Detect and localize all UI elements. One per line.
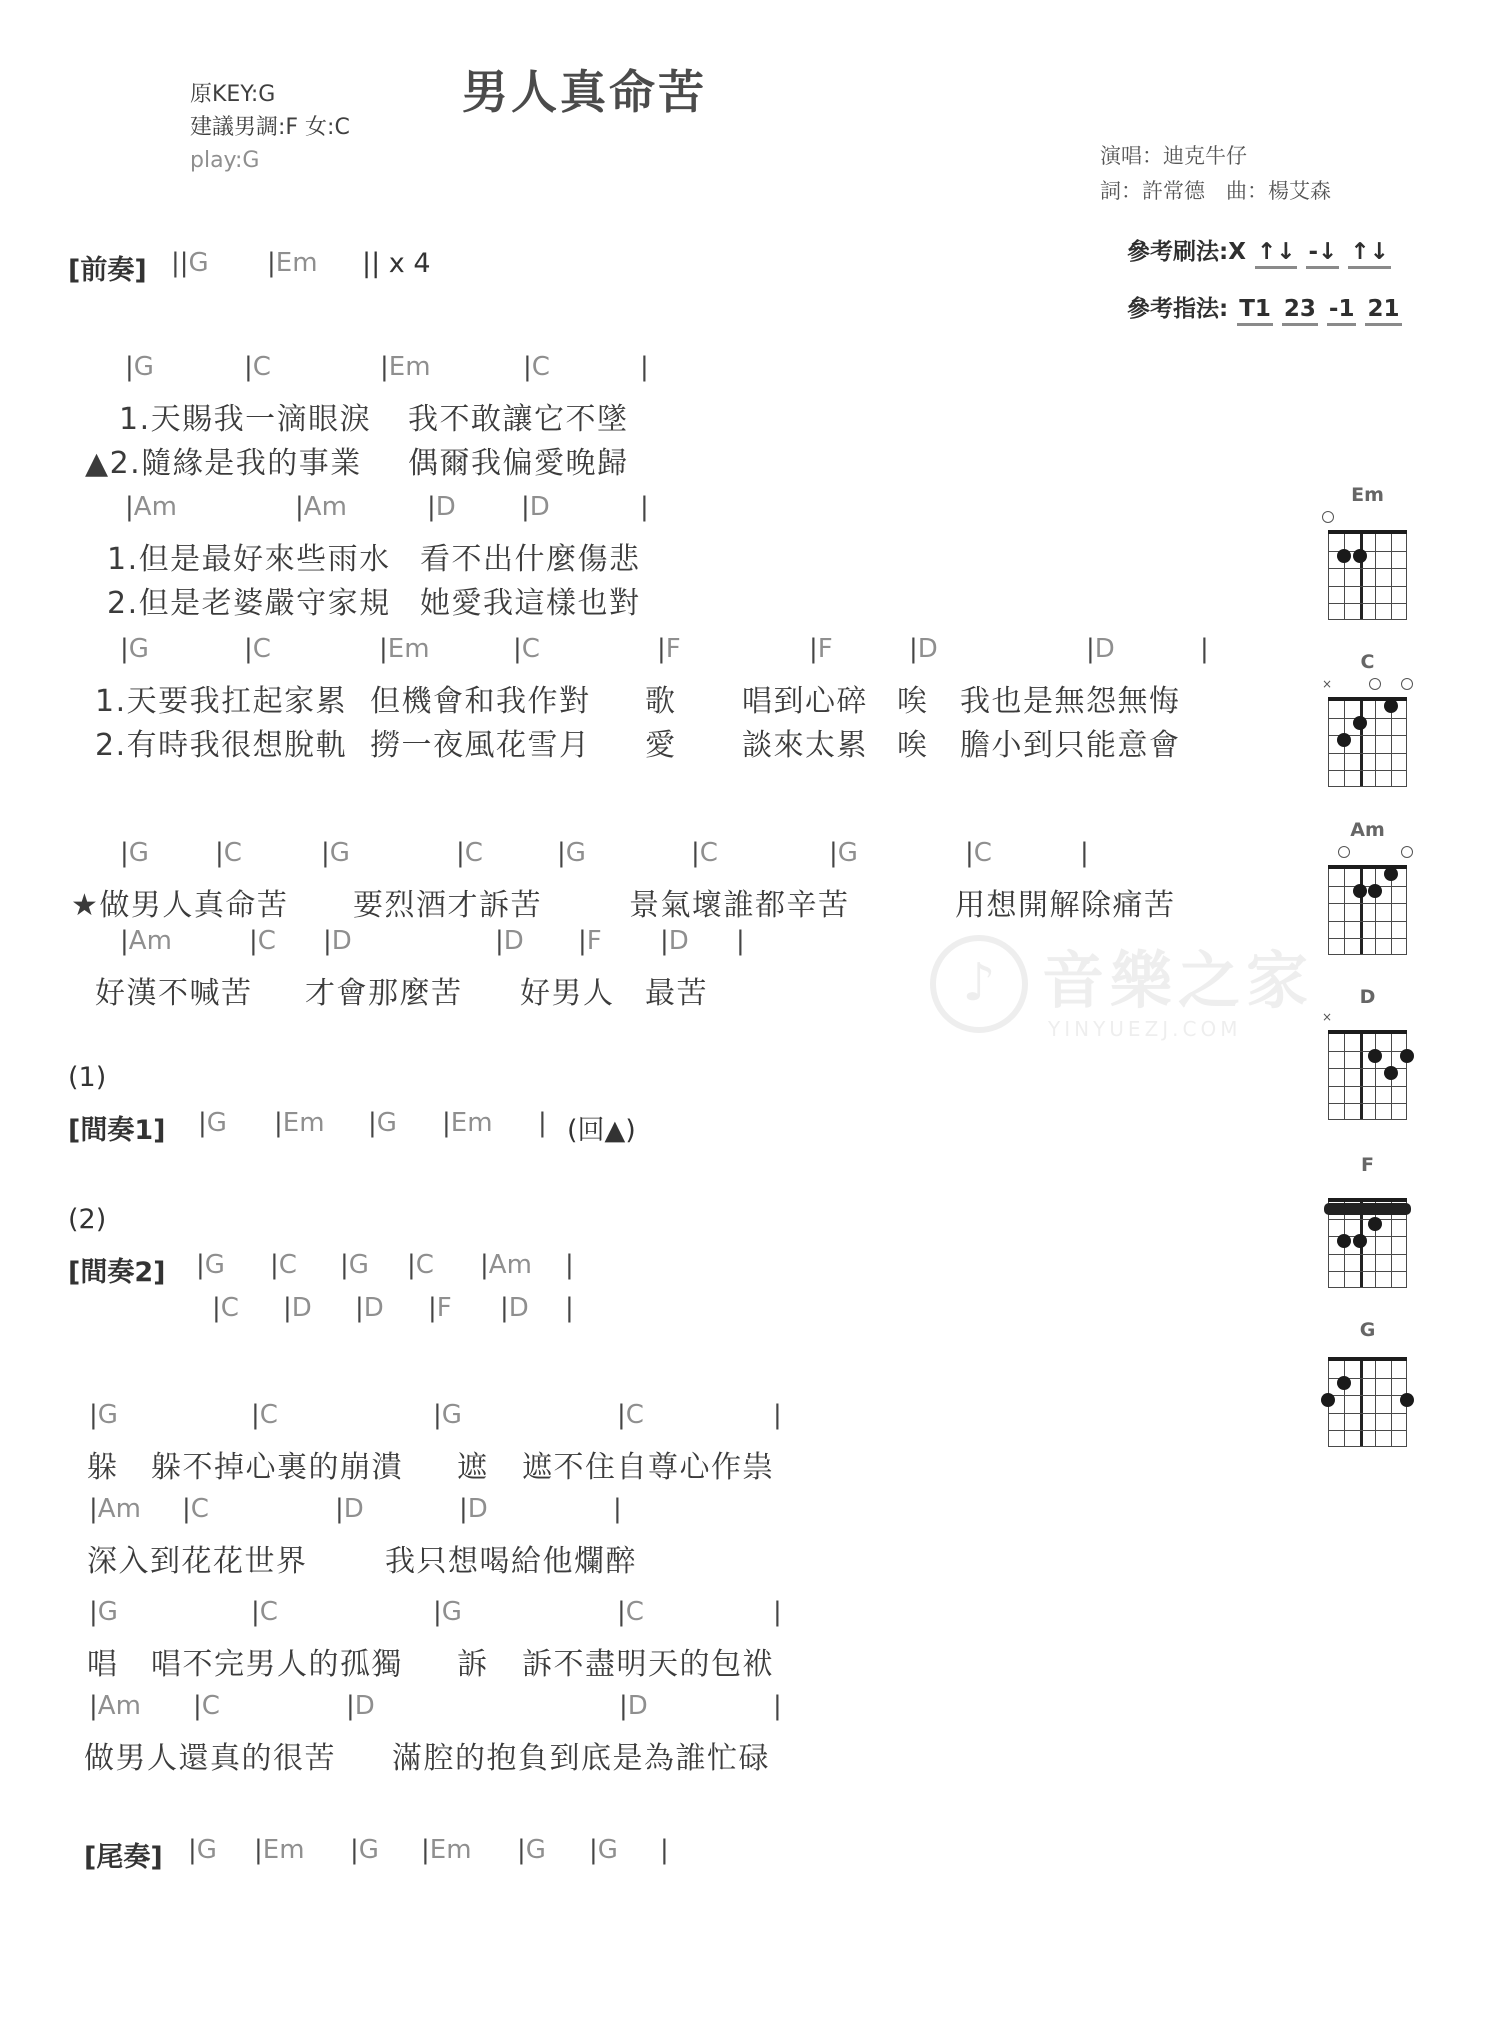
- string-line: [1391, 1202, 1392, 1288]
- chord: |D: [619, 1691, 648, 1721]
- sheet-line: 做男人還真的很苦滿腔的抱負到底是為誰忙碌: [0, 1733, 1500, 1775]
- lyric-phrase: 但機會和我作對: [370, 676, 591, 720]
- string-line: [1344, 534, 1345, 620]
- chord: |C: [523, 352, 550, 382]
- chord: |G: [368, 1108, 397, 1138]
- muted-string-marker: ×: [1322, 1011, 1332, 1023]
- sheet-line: |Am|C|D|D|F|D|: [0, 926, 1500, 968]
- chord: |Am: [480, 1250, 532, 1280]
- string-line: [1360, 701, 1363, 787]
- lyric-phrase: 歌: [645, 676, 677, 720]
- chord: |C: [215, 838, 242, 868]
- chord: |C: [212, 1293, 239, 1323]
- lyric-phrase: 我不敢讓它不墜: [408, 394, 629, 438]
- lyric-phrase: 看不出什麼傷悲: [420, 534, 641, 578]
- lyric-phrase: 撈一夜風花雪月: [370, 720, 591, 764]
- string-line: [1375, 869, 1376, 955]
- chord: |F: [809, 634, 833, 664]
- sheet-line: [間奏2]|G|C|G|C|Am|: [0, 1250, 1500, 1292]
- string-line: [1406, 1034, 1407, 1120]
- fret-line: [1328, 1395, 1407, 1396]
- chord: |C: [251, 1400, 278, 1430]
- chord: |D: [355, 1293, 384, 1323]
- singer-credit: 演唱：迪克牛仔: [1100, 140, 1247, 170]
- string-line: [1328, 869, 1329, 955]
- chord: |Em: [380, 352, 431, 382]
- sheet-line: 唱唱不完男人的孤獨訴訴不盡明天的包袱: [0, 1639, 1500, 1681]
- finger-dot: [1384, 867, 1398, 881]
- open-string-marker: [1401, 846, 1413, 858]
- chord: |G: [340, 1250, 369, 1280]
- fret-line: [1328, 568, 1407, 569]
- chord: |Em: [442, 1108, 493, 1138]
- sheet-line: [間奏1]|G|Em|G|Em|(回▲): [0, 1108, 1500, 1150]
- sheet-line: (2): [0, 1204, 1500, 1246]
- fret-line: [1328, 1254, 1407, 1255]
- chord: |Am: [125, 492, 177, 522]
- muted-string-marker: ×: [1322, 678, 1332, 690]
- string-line: [1328, 1202, 1329, 1288]
- chord: |C: [965, 838, 992, 868]
- section-label: (回▲): [567, 1108, 636, 1147]
- open-string-marker: [1322, 511, 1334, 523]
- sheet-line: [前奏]||G|Em|| x 4: [0, 248, 1500, 290]
- chord-diagram-name: Em: [1328, 484, 1407, 506]
- chord: |D: [427, 492, 456, 522]
- chord: |D: [495, 926, 524, 956]
- chord: |: [773, 1400, 782, 1430]
- sheet-line: 1.但是最好來些雨水看不出什麼傷悲: [0, 534, 1500, 576]
- section-label: [間奏2]: [68, 1250, 165, 1289]
- lyric-phrase: 唱不完男人的孤獨: [151, 1639, 403, 1683]
- chord: |Am: [89, 1691, 141, 1721]
- string-line: [1406, 701, 1407, 787]
- lyric-phrase: 膽小到只能意會: [960, 720, 1181, 764]
- lyric-phrase: 好男人: [520, 968, 615, 1012]
- string-line: [1360, 1361, 1363, 1447]
- chord: |G: [188, 1835, 217, 1865]
- finger-dot: [1353, 1234, 1367, 1248]
- section-label: (1): [68, 1062, 106, 1093]
- lyric-phrase: 景氣壞誰都辛苦: [629, 880, 850, 924]
- fret-line: [1328, 603, 1407, 604]
- chord: |G: [198, 1108, 227, 1138]
- sheet-line: [尾奏]|G|Em|G|Em|G|G|: [0, 1835, 1500, 1877]
- chord-diagram-name: D: [1328, 986, 1407, 1008]
- page-title: 男人真命苦: [462, 56, 707, 122]
- watermark-subtext: YINYUEZJ.COM: [1048, 1017, 1242, 1041]
- sheet-line: 1.天賜我一滴眼淚我不敢讓它不墜: [0, 394, 1500, 436]
- chord: |: [565, 1293, 574, 1323]
- string-line: [1391, 869, 1392, 955]
- lyric-phrase: 最苦: [645, 968, 708, 1012]
- sheet-line: ▲2.隨緣是我的事業偶爾我偏愛晚歸: [0, 438, 1500, 480]
- sheet-line: ★做男人真命苦要烈酒才訴苦景氣壞誰都辛苦用想開解除痛苦: [0, 880, 1500, 922]
- sheet-line: (1): [0, 1062, 1500, 1104]
- chord: |G: [517, 1835, 546, 1865]
- lyric-phrase: 愛: [645, 720, 677, 764]
- chord: |D: [346, 1691, 375, 1721]
- open-string-marker: [1401, 678, 1413, 690]
- pattern-group: -1: [1327, 296, 1357, 326]
- chord: |: [1080, 838, 1089, 868]
- pattern-group: 21: [1365, 296, 1401, 326]
- chord: |C: [617, 1400, 644, 1430]
- chord: |G: [89, 1597, 118, 1627]
- lyric-phrase: 唱: [87, 1639, 119, 1683]
- lyric-phrase: 2.但是老婆嚴守家規: [107, 578, 391, 622]
- lyric-phrase: 唉: [897, 720, 929, 764]
- fret-line: [1328, 753, 1407, 754]
- lyric-phrase: ★做男人真命苦: [71, 880, 288, 924]
- sheet-line: |G|C|Em|C|: [0, 352, 1500, 394]
- chord: |C: [456, 838, 483, 868]
- chord: |D: [521, 492, 550, 522]
- chord: |G: [433, 1400, 462, 1430]
- fret-line: [1328, 921, 1407, 922]
- lyric-phrase: 遮不住自尊心作祟: [522, 1442, 774, 1486]
- chord: |G: [89, 1400, 118, 1430]
- chord: |C: [513, 634, 540, 664]
- section-label: (2): [68, 1204, 106, 1235]
- lyric-phrase: ▲2.隨緣是我的事業: [85, 438, 362, 482]
- open-string-marker: [1338, 846, 1350, 858]
- chord: |C: [251, 1597, 278, 1627]
- lyric-phrase: 遮: [457, 1442, 489, 1486]
- fret-line: [1328, 886, 1407, 887]
- lyric-phrase: 做男人還真的很苦: [84, 1733, 336, 1777]
- chord: |: [613, 1494, 622, 1524]
- chord: |: [660, 1835, 669, 1865]
- finger-dot: [1400, 1393, 1414, 1407]
- fret-line: [1328, 1119, 1407, 1120]
- chord: |G: [589, 1835, 618, 1865]
- string-line: [1391, 534, 1392, 620]
- lyric-phrase: 躲不掉心裏的崩潰: [151, 1442, 403, 1486]
- finger-pattern-label: 參考指法:: [1127, 296, 1228, 322]
- chord: ||G: [171, 248, 209, 278]
- lyric-phrase: 她愛我這樣也對: [420, 578, 641, 622]
- chord: |G: [120, 634, 149, 664]
- finger-pattern: 參考指法:T123-121: [1127, 290, 1402, 326]
- chord: |D: [459, 1494, 488, 1524]
- chord-diagram-name: C: [1328, 651, 1407, 673]
- chord: |: [1200, 634, 1209, 664]
- chord: |G: [350, 1835, 379, 1865]
- chord: |: [538, 1108, 547, 1138]
- fret-line: [1328, 586, 1407, 587]
- lyric-phrase: 滿腔的抱負到底是為誰忙碌: [392, 1733, 770, 1777]
- chord: |Em: [379, 634, 430, 664]
- chord: |: [640, 352, 649, 382]
- fret-line: [1328, 1103, 1407, 1104]
- chord-diagram-grid: [1328, 1357, 1407, 1447]
- chord-diagram-name: G: [1328, 1319, 1407, 1341]
- string-line: [1344, 869, 1345, 955]
- fret-line: [1328, 954, 1407, 955]
- chord: |C: [193, 1691, 220, 1721]
- sheet-line: |Am|C|D|D|: [0, 1691, 1500, 1733]
- lyric-phrase: 訴: [457, 1639, 489, 1683]
- sheet-line: 2.有時我很想脫軌撈一夜風花雪月愛談來太累唉膽小到只能意會: [0, 720, 1500, 762]
- string-line: [1344, 1361, 1345, 1447]
- key-info: 原KEY:G 建議男調:F 女:C play:G: [190, 78, 350, 177]
- fret-line: [1328, 1051, 1407, 1052]
- finger-dot: [1400, 1049, 1414, 1063]
- chord: |: [565, 1250, 574, 1280]
- string-line: [1406, 534, 1407, 620]
- fret-line: [1328, 786, 1407, 787]
- chord: |C: [244, 634, 271, 664]
- sheet-line: |G|C|G|C|: [0, 1597, 1500, 1639]
- chord: |Em: [254, 1835, 305, 1865]
- chord: |Am: [120, 926, 172, 956]
- finger-dot: [1337, 1376, 1351, 1390]
- chord: |Em: [274, 1108, 325, 1138]
- chord: |Am: [295, 492, 347, 522]
- sheet-line: |Am|C|D|D|: [0, 1494, 1500, 1536]
- pattern-group: T1: [1237, 296, 1273, 326]
- finger-dot: [1384, 699, 1398, 713]
- finger-dot: [1337, 549, 1351, 563]
- fret-line: [1328, 718, 1407, 719]
- chord: |C: [249, 926, 276, 956]
- chord: |Em: [267, 248, 318, 278]
- lyric-phrase: 談來太累: [742, 720, 868, 764]
- chord: |G: [829, 838, 858, 868]
- finger-dot: [1337, 1234, 1351, 1248]
- original-key: 原KEY:G: [190, 78, 350, 111]
- sheet-line: 2.但是老婆嚴守家規她愛我這樣也對: [0, 578, 1500, 620]
- sheet-line: |G|C|G|C|G|C|G|C|: [0, 838, 1500, 880]
- chord-sheet-page: 原KEY:G 建議男調:F 女:C play:G 男人真命苦 演唱：迪克牛仔 詞…: [0, 0, 1500, 2018]
- lyricist-composer-credit: 詞：許常德 曲：楊艾森: [1100, 175, 1331, 205]
- chord: |D: [323, 926, 352, 956]
- chord: |D: [500, 1293, 529, 1323]
- lyric-phrase: 2.有時我很想脫軌: [95, 720, 347, 764]
- fret-line: [1328, 1446, 1407, 1447]
- fret-line: [1328, 1086, 1407, 1087]
- lyric-phrase: 用想開解除痛苦: [955, 880, 1176, 924]
- lyric-phrase: 我只想喝給他爛醉: [385, 1536, 637, 1580]
- string-line: [1360, 534, 1363, 620]
- chord: |D: [1086, 634, 1115, 664]
- lyric-phrase: 唉: [897, 676, 929, 720]
- chord: |C: [407, 1250, 434, 1280]
- string-line: [1328, 701, 1329, 787]
- chord: |D: [335, 1494, 364, 1524]
- sheet-line: 1.天要我扛起家累但機會和我作對歌唱到心碎唉我也是無怨無悔: [0, 676, 1500, 718]
- chord: |C: [617, 1597, 644, 1627]
- chord: |G: [433, 1597, 462, 1627]
- chord: |Am: [89, 1494, 141, 1524]
- section-label: [尾奏]: [84, 1835, 163, 1874]
- sheet-line: |G|C|G|C|: [0, 1400, 1500, 1442]
- chord: |C: [691, 838, 718, 868]
- string-line: [1328, 534, 1329, 620]
- chord: |: [640, 492, 649, 522]
- chord: |C: [270, 1250, 297, 1280]
- fret-line: [1328, 1219, 1407, 1220]
- string-line: [1375, 1034, 1376, 1120]
- chord: |D: [909, 634, 938, 664]
- string-line: [1391, 1361, 1392, 1447]
- chord: |: [736, 926, 745, 956]
- finger-dot: [1353, 716, 1367, 730]
- chord: |F: [428, 1293, 452, 1323]
- chord: |Em: [421, 1835, 472, 1865]
- lyric-phrase: 要烈酒才訴苦: [353, 880, 542, 924]
- chord: |G: [321, 838, 350, 868]
- string-line: [1406, 869, 1407, 955]
- finger-dot: [1353, 549, 1367, 563]
- string-line: [1375, 1361, 1376, 1447]
- fret-line: [1328, 770, 1407, 771]
- chord: |C: [244, 352, 271, 382]
- chord: |F: [657, 634, 681, 664]
- string-line: [1391, 701, 1392, 787]
- sheet-line: |C|D|D|F|D|: [0, 1293, 1500, 1335]
- lyric-phrase: 深入到花花世界: [87, 1536, 308, 1580]
- string-line: [1375, 534, 1376, 620]
- string-line: [1406, 1202, 1407, 1288]
- pattern-group: 23: [1282, 296, 1318, 326]
- lyric-phrase: 唱到心碎: [742, 676, 868, 720]
- lyric-phrase: 偶爾我偏愛晚歸: [408, 438, 629, 482]
- barre-bar: [1324, 1203, 1411, 1215]
- sheet-line: |G|C|Em|C|F|F|D|D|: [0, 634, 1500, 676]
- lyric-phrase: 1.天要我扛起家累: [95, 676, 347, 720]
- chord-diagram-grid: [1328, 530, 1407, 620]
- chord-diagram-name: F: [1328, 1154, 1407, 1176]
- string-line: [1375, 1202, 1376, 1288]
- lyric-phrase: 我也是無怨無悔: [960, 676, 1181, 720]
- fret-line: [1328, 619, 1407, 620]
- lyric-phrase: 好漢不喊苦: [95, 968, 253, 1012]
- fret-line: [1328, 938, 1407, 939]
- sheet-line: 深入到花花世界我只想喝給他爛醉: [0, 1536, 1500, 1578]
- string-line: [1344, 1034, 1345, 1120]
- fret-line: [1328, 1271, 1407, 1272]
- finger-dot: [1337, 733, 1351, 747]
- chord-diagram-name: Am: [1328, 819, 1407, 841]
- section-label: [前奏]: [68, 248, 147, 287]
- fret-line: [1328, 903, 1407, 904]
- chord: |D: [660, 926, 689, 956]
- string-line: [1360, 869, 1363, 955]
- suggested-key: 建議男調:F 女:C: [190, 111, 350, 144]
- lyric-phrase: 1.天賜我一滴眼淚: [119, 394, 371, 438]
- lyric-phrase: 才會那麼苦: [305, 968, 463, 1012]
- chord: |G: [557, 838, 586, 868]
- lyric-phrase: 躲: [87, 1442, 119, 1486]
- finger-dot: [1321, 1393, 1335, 1407]
- string-line: [1328, 1034, 1329, 1120]
- play-key: play:G: [190, 144, 350, 177]
- finger-dot: [1353, 884, 1367, 898]
- chord: |G: [120, 838, 149, 868]
- fret-line: [1328, 1413, 1407, 1414]
- string-line: [1360, 1034, 1363, 1120]
- sheet-line: |Am|Am|D|D|: [0, 492, 1500, 534]
- chord: |: [773, 1597, 782, 1627]
- fret-line: [1328, 1430, 1407, 1431]
- sheet-line: 好漢不喊苦才會那麼苦好男人最苦: [0, 968, 1500, 1010]
- section-label: || x 4: [362, 248, 431, 279]
- chord: |F: [578, 926, 602, 956]
- chord: |G: [125, 352, 154, 382]
- lyric-phrase: 訴不盡明天的包袱: [522, 1639, 774, 1683]
- chord: |G: [196, 1250, 225, 1280]
- section-label: [間奏1]: [68, 1108, 165, 1147]
- lyric-phrase: 1.但是最好來些雨水: [107, 534, 391, 578]
- chord: |C: [182, 1494, 209, 1524]
- chord: |D: [283, 1293, 312, 1323]
- string-line: [1375, 701, 1376, 787]
- sheet-line: 躲躲不掉心裏的崩潰遮遮不住自尊心作祟: [0, 1442, 1500, 1484]
- fret-line: [1328, 1287, 1407, 1288]
- chord: |: [773, 1691, 782, 1721]
